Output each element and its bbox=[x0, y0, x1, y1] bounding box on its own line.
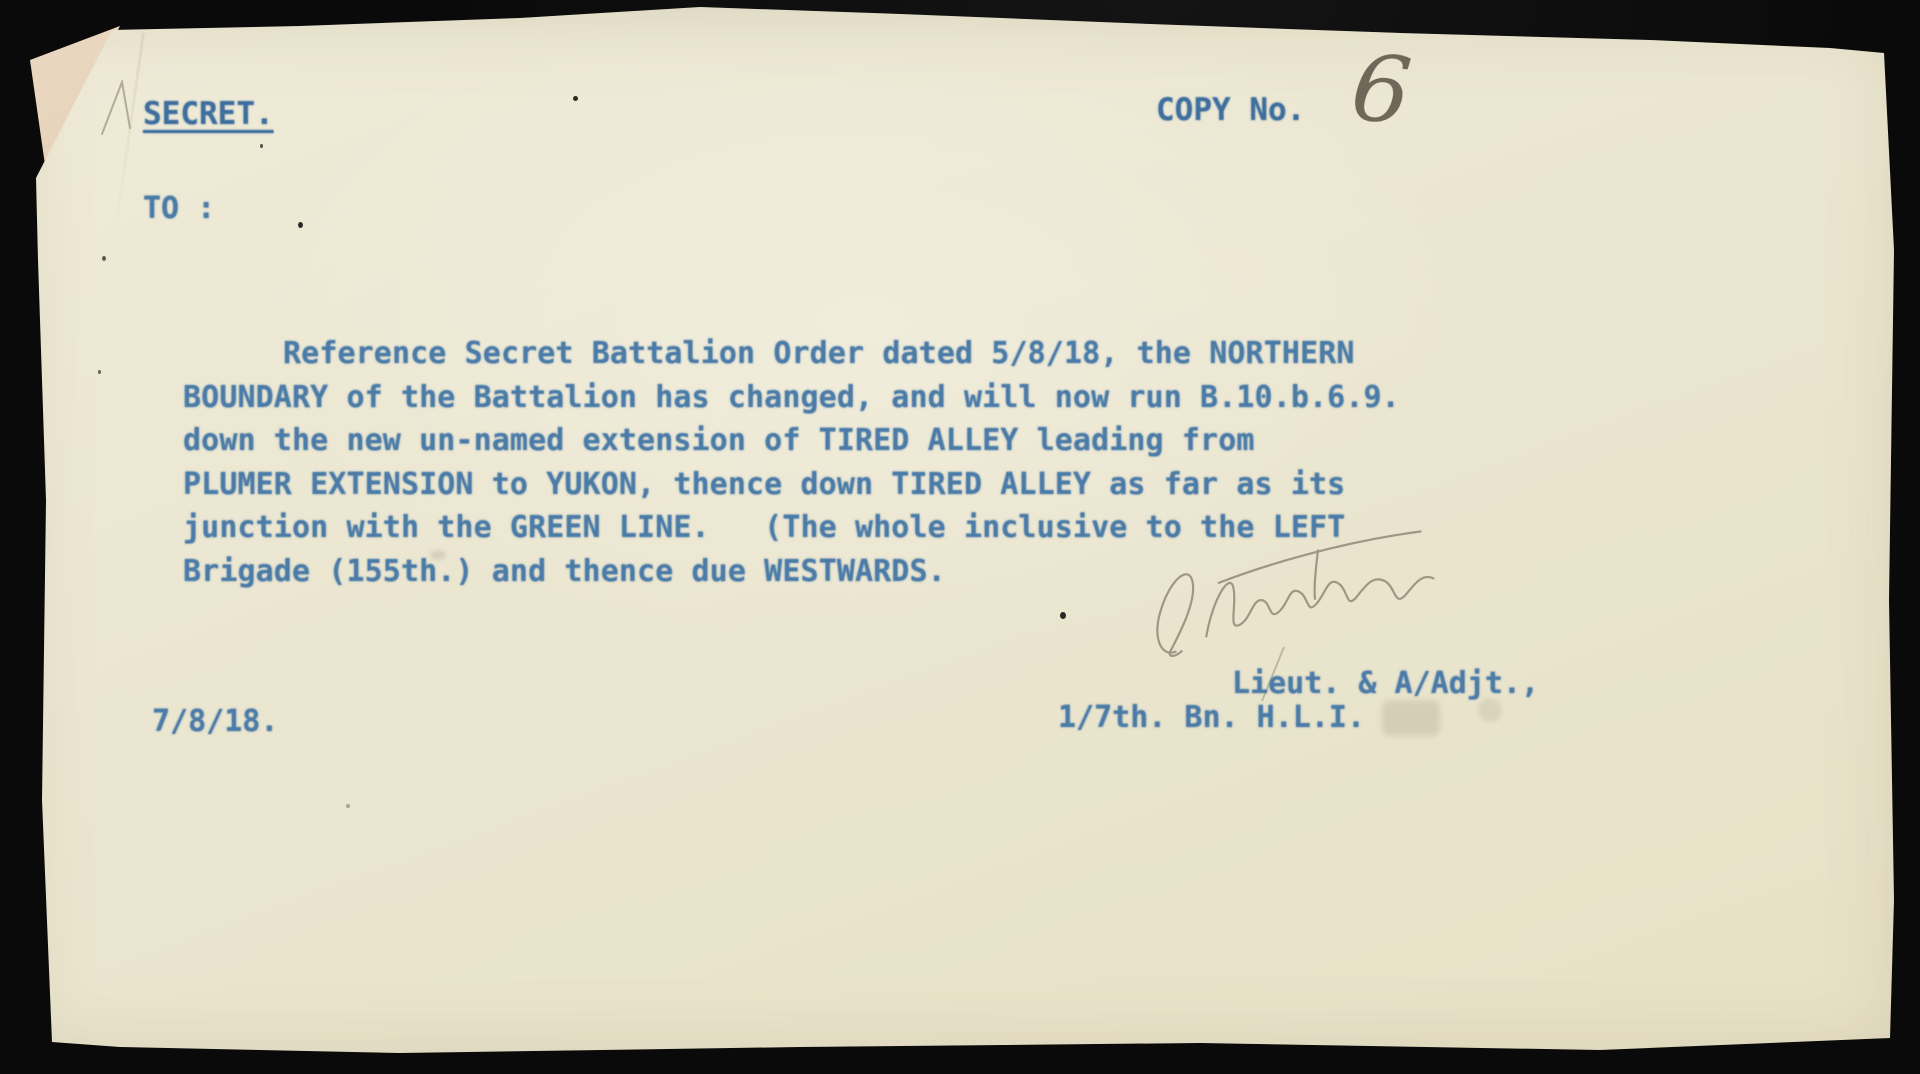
pencil-mark bbox=[100, 80, 134, 138]
copy-number-handwritten: 6 bbox=[1347, 33, 1416, 146]
body-line: BOUNDARY of the Battalion has changed, a… bbox=[183, 376, 1400, 420]
copy-number-label: COPY No. bbox=[1156, 92, 1305, 128]
paper-stain bbox=[430, 550, 446, 560]
paper-stain bbox=[1478, 698, 1502, 722]
body-line: PLUMER EXTENSION to YUKON, thence down T… bbox=[183, 463, 1400, 507]
photo-background: SECRET. COPY No. 6 TO : Reference Secret… bbox=[0, 0, 1920, 1074]
paper-speck bbox=[573, 96, 578, 101]
paper-speck bbox=[102, 256, 106, 261]
to-label: TO : bbox=[143, 191, 215, 226]
document-paper: SECRET. COPY No. 6 TO : Reference Secret… bbox=[0, 0, 1920, 1074]
body-line: down the new un-named extension of TIRED… bbox=[183, 419, 1400, 463]
paper-speck bbox=[298, 222, 303, 228]
paper-stain bbox=[1382, 700, 1440, 736]
classification-label: SECRET. bbox=[143, 96, 274, 132]
signature-unit: 1/7th. Bn. H.L.I. bbox=[1058, 700, 1365, 735]
paper-speck bbox=[260, 144, 263, 148]
paper-speck bbox=[346, 804, 350, 808]
body-line: Reference Secret Battalion Order dated 5… bbox=[183, 332, 1400, 376]
paper-speck bbox=[1060, 612, 1066, 619]
document-date: 7/8/18. bbox=[152, 704, 278, 739]
signature-title: Lieut. & A/Adjt., bbox=[1232, 666, 1539, 701]
paper-speck bbox=[98, 370, 101, 374]
